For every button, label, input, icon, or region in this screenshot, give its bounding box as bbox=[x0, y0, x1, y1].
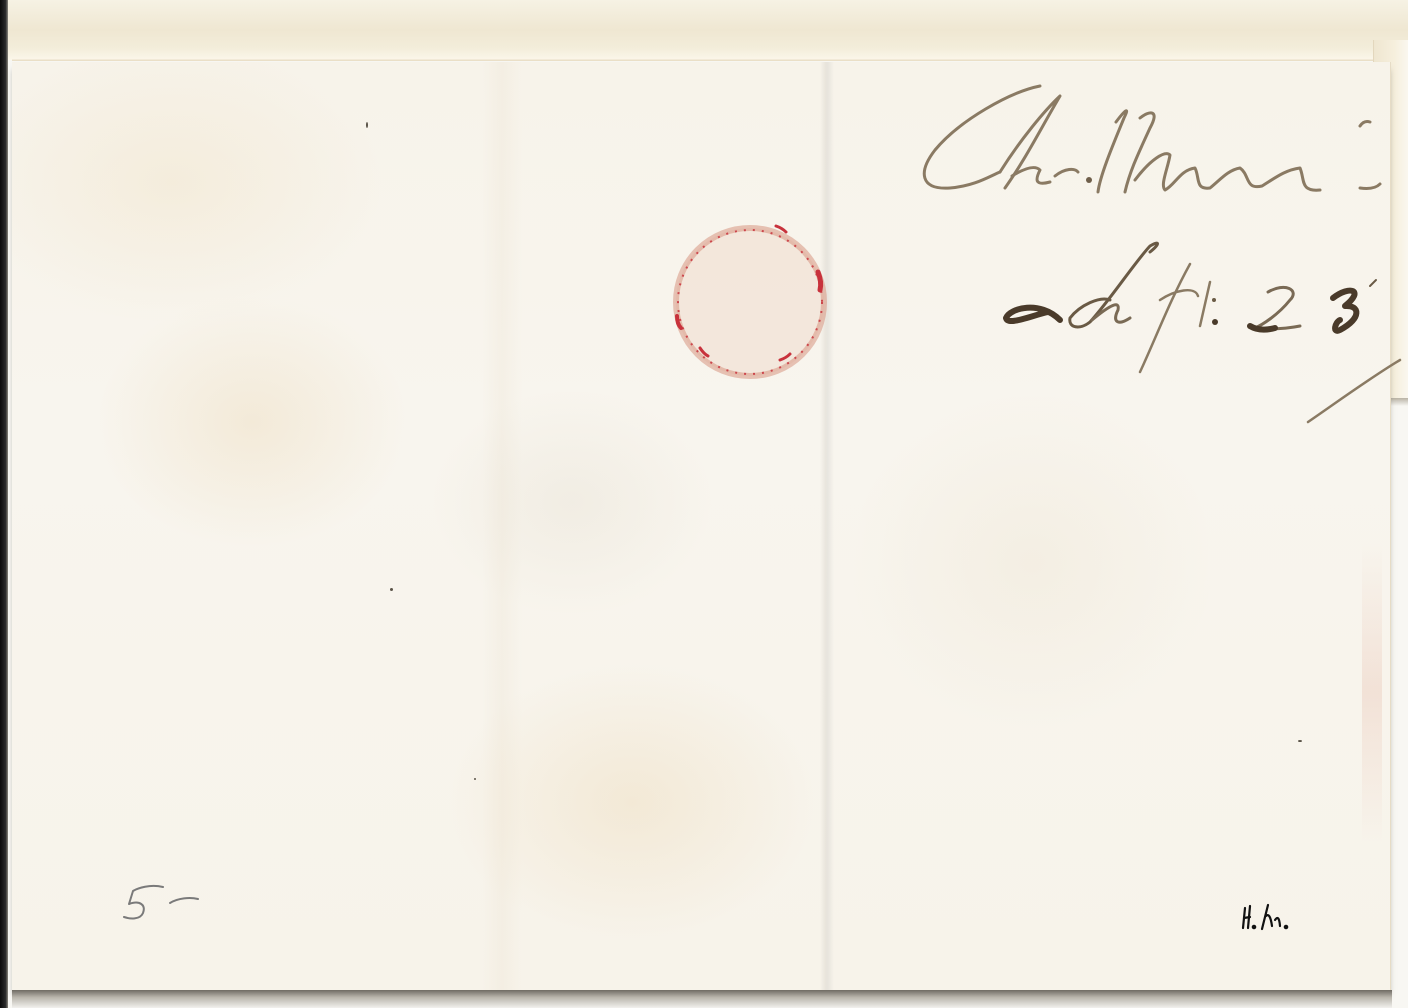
initials-stamp bbox=[1243, 905, 1287, 929]
scanned-letter: Chas. Morris Sept: 23 5— H. Ab. bbox=[0, 0, 1408, 1008]
docket-date bbox=[1006, 243, 1376, 372]
docket-flourish bbox=[1308, 360, 1400, 422]
handwriting-layer bbox=[0, 0, 1408, 1008]
docket-name bbox=[924, 86, 1380, 192]
wax-seal bbox=[676, 226, 824, 376]
pencil-note bbox=[124, 886, 198, 919]
